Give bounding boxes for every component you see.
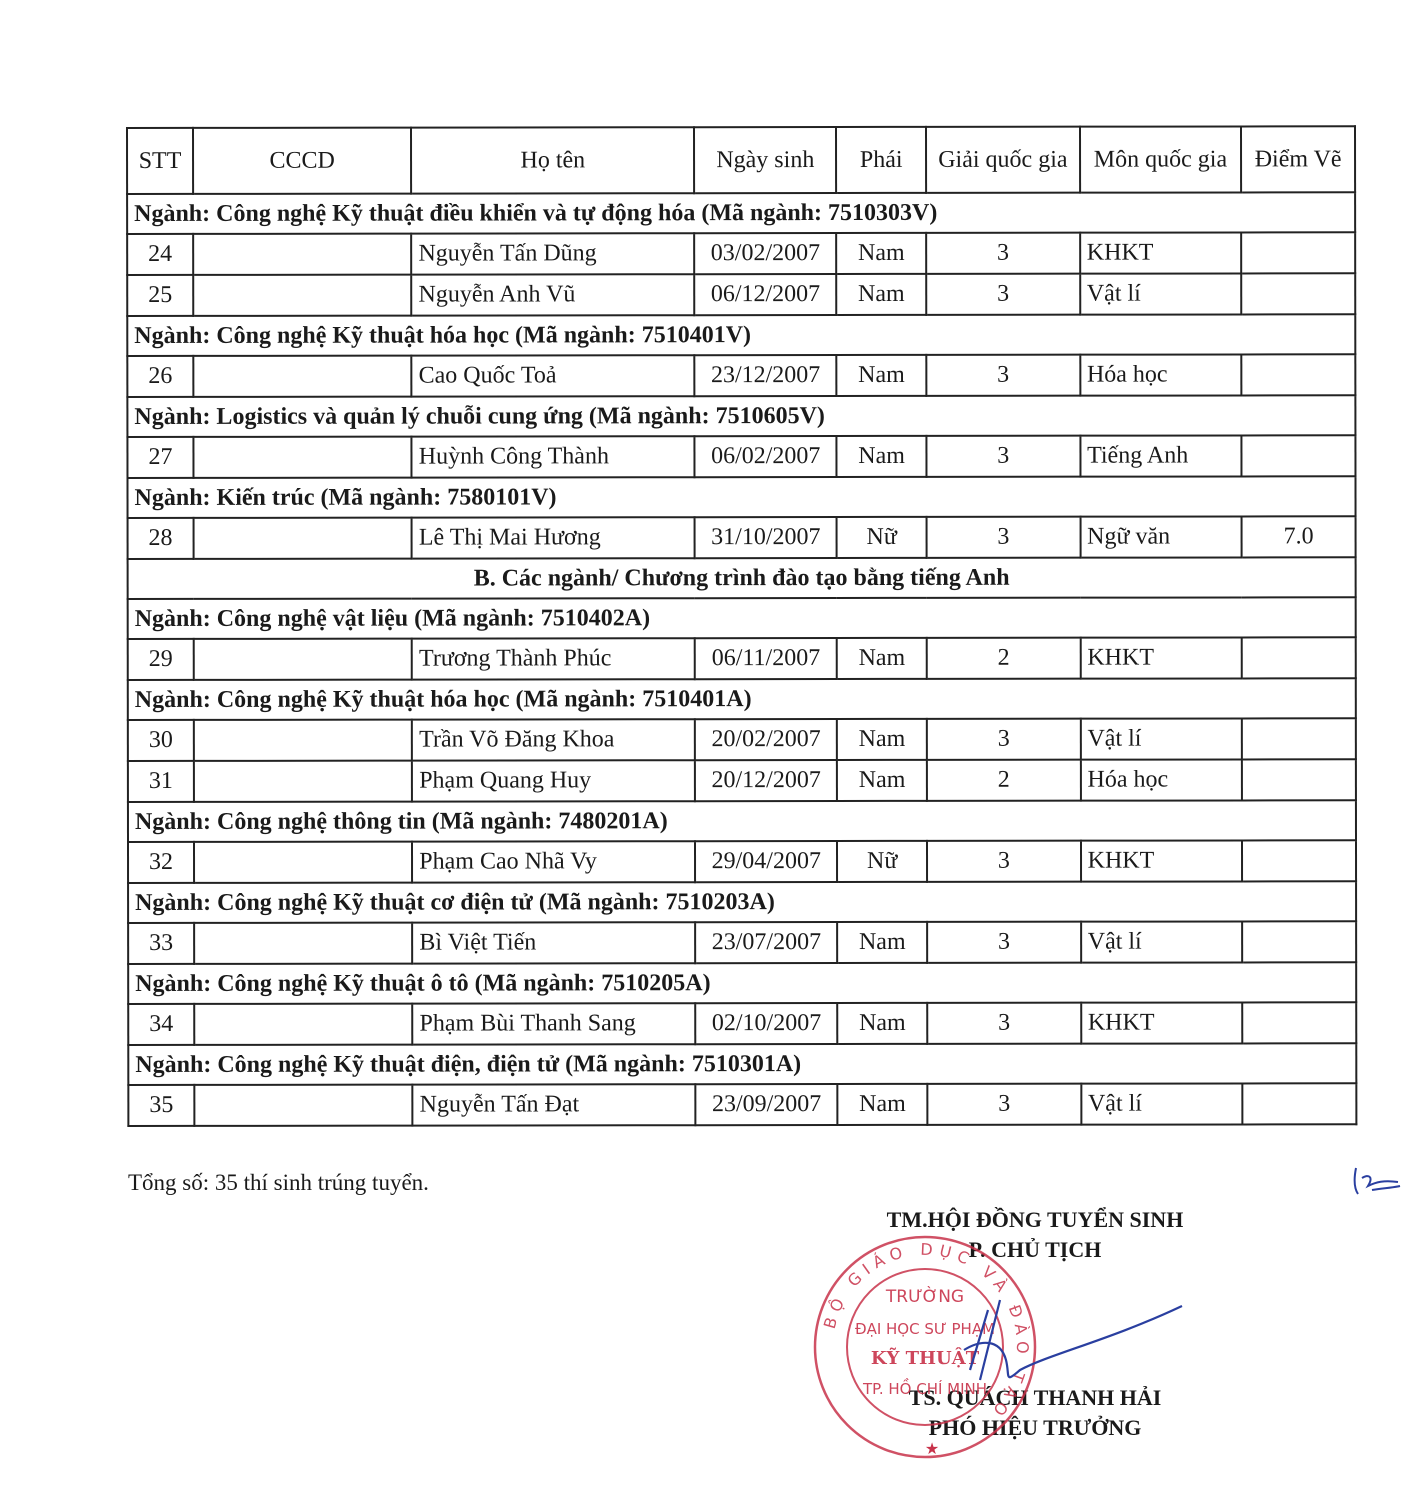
cell-gender: Nam	[836, 274, 926, 315]
cell-name: Phạm Cao Nhã Vy	[412, 841, 695, 882]
cell-dob: 23/12/2007	[695, 355, 837, 396]
svg-text:★: ★	[925, 1441, 939, 1458]
cell-cccd	[193, 234, 411, 275]
cell-drawing	[1241, 232, 1355, 273]
table-row: 31Phạm Quang Huy20/12/2007Nam2Hóa học	[128, 759, 1356, 802]
table-row: 26Cao Quốc Toả23/12/2007Nam3Hóa học	[127, 354, 1355, 397]
cell-gender: Nam	[837, 922, 927, 963]
cell-name: Huỳnh Công Thành	[412, 436, 695, 477]
cell-gender: Nam	[836, 233, 926, 274]
cell-stt: 30	[128, 720, 194, 761]
cell-drawing	[1242, 759, 1356, 800]
major-row: Ngành: Công nghệ Kỹ thuật hóa học (Mã ng…	[128, 678, 1356, 720]
cell-subject: Vật lí	[1080, 718, 1242, 759]
cell-drawing	[1242, 1002, 1356, 1043]
cell-award: 3	[927, 1084, 1081, 1125]
cell-award: 3	[926, 274, 1080, 315]
cell-award: 2	[927, 638, 1081, 679]
table-row: 30Trần Võ Đăng Khoa20/02/2007Nam3Vật lí	[128, 718, 1356, 761]
cell-subject: KHKT	[1080, 637, 1242, 678]
major-row: Ngành: Công nghệ Kỹ thuật hóa học (Mã ng…	[127, 314, 1355, 356]
cell-subject: Vật lí	[1080, 273, 1242, 314]
cell-cccd	[193, 275, 411, 316]
cell-subject: KHKT	[1081, 840, 1243, 881]
cell-stt: 33	[128, 923, 194, 964]
cell-name: Trương Thành Phúc	[412, 638, 695, 679]
cell-cccd	[194, 923, 412, 964]
admission-table: STT CCCD Họ tên Ngày sinh Phái Giải quốc…	[126, 125, 1357, 1127]
cell-name: Nguyễn Tấn Đạt	[413, 1084, 696, 1125]
cell-award: 3	[927, 922, 1081, 963]
cell-award: 3	[927, 841, 1081, 882]
major-title: Ngành: Công nghệ Kỹ thuật hóa học (Mã ng…	[128, 678, 1356, 720]
total-count: Tổng số: 35 thí sinh trúng tuyển.	[128, 1170, 429, 1196]
cell-gender: Nữ	[837, 841, 927, 882]
cell-cccd	[194, 842, 412, 883]
cell-cccd	[194, 1085, 412, 1126]
cell-stt: 28	[128, 518, 194, 559]
cell-award: 3	[927, 1003, 1081, 1044]
cell-cccd	[194, 1004, 412, 1045]
cell-drawing	[1242, 921, 1356, 962]
cell-drawing	[1241, 273, 1355, 314]
document-page: STT CCCD Họ tên Ngày sinh Phái Giải quốc…	[0, 0, 1412, 1500]
cell-name: Nguyễn Anh Vũ	[411, 274, 694, 315]
table-row: 29Trương Thành Phúc06/11/2007Nam2KHKT	[128, 637, 1356, 680]
cell-cccd	[193, 518, 411, 559]
sign-council: TM.HỘI ĐỒNG TUYỂN SINH	[850, 1205, 1220, 1235]
cell-subject: Vật lí	[1081, 921, 1243, 962]
cell-subject: Tiếng Anh	[1080, 435, 1242, 476]
table-row: 34Phạm Bùi Thanh Sang02/10/2007Nam3KHKT	[128, 1002, 1356, 1045]
cell-dob: 31/10/2007	[695, 517, 837, 558]
svg-text:TRƯỜNG: TRƯỜNG	[885, 1285, 964, 1307]
major-row: Ngành: Công nghệ Kỹ thuật điện, điện tử …	[128, 1043, 1356, 1085]
major-title: Ngành: Công nghệ Kỹ thuật ô tô (Mã ngành…	[128, 962, 1356, 1004]
cell-stt: 34	[128, 1004, 194, 1045]
cell-stt: 29	[128, 639, 194, 680]
major-row: Ngành: Công nghệ Kỹ thuật điều khiển và …	[127, 192, 1355, 234]
table-row: 35Nguyễn Tấn Đạt23/09/2007Nam3Vật lí	[128, 1083, 1356, 1126]
cell-gender: Nam	[837, 436, 927, 477]
cell-name: Trần Võ Đăng Khoa	[412, 719, 695, 760]
major-title: Ngành: Công nghệ Kỹ thuật cơ điện tử (Mã…	[128, 881, 1356, 923]
major-row: Ngành: Kiến trúc (Mã ngành: 7580101V)	[127, 476, 1355, 518]
cell-drawing	[1242, 840, 1356, 881]
cell-dob: 20/02/2007	[695, 719, 837, 760]
table-row: 24Nguyễn Tấn Dũng03/02/2007Nam3KHKT	[127, 232, 1355, 275]
cell-cccd	[194, 761, 412, 802]
cell-gender: Nữ	[837, 517, 927, 558]
major-title: Ngành: Công nghệ vật liệu (Mã ngành: 751…	[128, 597, 1356, 639]
cell-award: 2	[927, 760, 1081, 801]
cell-name: Nguyễn Tấn Dũng	[411, 233, 694, 274]
cell-dob: 23/07/2007	[695, 922, 837, 963]
table-body: Ngành: Công nghệ Kỹ thuật điều khiển và …	[127, 192, 1356, 1126]
cell-cccd	[193, 356, 411, 397]
cell-subject: KHKT	[1080, 232, 1242, 273]
major-title: Ngành: Kiến trúc (Mã ngành: 7580101V)	[127, 476, 1355, 518]
cell-award: 3	[926, 436, 1080, 477]
header-stt: STT	[127, 128, 193, 194]
cell-drawing	[1242, 435, 1356, 476]
major-title: Ngành: Công nghệ Kỹ thuật điều khiển và …	[127, 192, 1355, 234]
cell-dob: 03/02/2007	[694, 233, 836, 274]
cell-gender: Nam	[837, 1003, 927, 1044]
cell-award: 3	[926, 355, 1080, 396]
cell-gender: Nam	[837, 638, 927, 679]
cell-dob: 06/12/2007	[695, 274, 837, 315]
cell-dob: 06/11/2007	[695, 638, 837, 679]
section-title: B. Các ngành/ Chương trình đào tạo bằng …	[128, 557, 1356, 599]
cell-subject: Vật lí	[1081, 1083, 1243, 1124]
handwritten-signature-icon	[960, 1280, 1190, 1400]
section-row: B. Các ngành/ Chương trình đào tạo bằng …	[128, 557, 1356, 599]
major-row: Ngành: Công nghệ Kỹ thuật cơ điện tử (Mã…	[128, 881, 1356, 923]
cell-dob: 06/02/2007	[695, 436, 837, 477]
cell-stt: 35	[128, 1085, 194, 1126]
table-row: 32Phạm Cao Nhã Vy29/04/2007Nữ3KHKT	[128, 840, 1356, 883]
cell-stt: 26	[127, 356, 193, 397]
cell-stt: 24	[127, 234, 193, 275]
cell-subject: KHKT	[1081, 1002, 1243, 1043]
header-dob: Ngày sinh	[694, 127, 836, 193]
major-title: Ngành: Công nghệ Kỹ thuật điện, điện tử …	[128, 1043, 1356, 1085]
major-row: Ngành: Công nghệ Kỹ thuật ô tô (Mã ngành…	[128, 962, 1356, 1004]
cell-stt: 27	[127, 437, 193, 478]
table-row: 28Lê Thị Mai Hương31/10/2007Nữ3Ngữ văn7.…	[128, 516, 1356, 559]
major-row: Ngành: Công nghệ thông tin (Mã ngành: 74…	[128, 800, 1356, 842]
cell-cccd	[194, 720, 412, 761]
table-row: 33Bì Việt Tiến23/07/2007Nam3Vật lí	[128, 921, 1356, 964]
cell-dob: 29/04/2007	[695, 841, 837, 882]
header-drawing: Điểm Vẽ	[1241, 126, 1355, 192]
header-cccd: CCCD	[193, 128, 411, 194]
table-header-row: STT CCCD Họ tên Ngày sinh Phái Giải quốc…	[127, 126, 1355, 194]
cell-stt: 32	[128, 842, 194, 883]
cell-stt: 31	[128, 761, 194, 802]
cell-award: 3	[927, 517, 1081, 558]
cell-stt: 25	[127, 275, 193, 316]
cell-dob: 23/09/2007	[696, 1084, 838, 1125]
header-gender: Phái	[836, 127, 926, 193]
cell-subject: Hóa học	[1080, 759, 1242, 800]
initial-signature-icon	[1348, 1160, 1408, 1200]
header-award: Giải quốc gia	[926, 127, 1080, 193]
cell-drawing	[1242, 637, 1356, 678]
cell-award: 3	[927, 719, 1081, 760]
header-name: Họ tên	[411, 127, 694, 193]
cell-gender: Nam	[837, 355, 927, 396]
cell-cccd	[193, 437, 411, 478]
cell-drawing	[1242, 354, 1356, 395]
cell-name: Phạm Bùi Thanh Sang	[412, 1003, 695, 1044]
major-title: Ngành: Công nghệ Kỹ thuật hóa học (Mã ng…	[127, 314, 1355, 356]
major-title: Ngành: Logistics và quản lý chuỗi cung ứ…	[127, 395, 1355, 437]
cell-gender: Nam	[837, 760, 927, 801]
major-row: Ngành: Công nghệ vật liệu (Mã ngành: 751…	[128, 597, 1356, 639]
table-row: 27Huỳnh Công Thành06/02/2007Nam3Tiếng An…	[127, 435, 1355, 478]
cell-subject: Hóa học	[1080, 354, 1242, 395]
cell-drawing	[1242, 718, 1356, 759]
cell-gender: Nam	[837, 719, 927, 760]
cell-subject: Ngữ văn	[1080, 516, 1242, 557]
cell-award: 3	[926, 233, 1080, 274]
cell-drawing: 7.0	[1242, 516, 1356, 557]
table-row: 25Nguyễn Anh Vũ06/12/2007Nam3Vật lí	[127, 273, 1355, 316]
cell-name: Cao Quốc Toả	[412, 355, 695, 396]
header-subject: Môn quốc gia	[1080, 126, 1242, 192]
cell-drawing	[1243, 1083, 1357, 1124]
cell-name: Bì Việt Tiến	[412, 922, 695, 963]
cell-dob: 02/10/2007	[696, 1003, 838, 1044]
major-row: Ngành: Logistics và quản lý chuỗi cung ứ…	[127, 395, 1355, 437]
cell-gender: Nam	[838, 1084, 928, 1125]
cell-name: Phạm Quang Huy	[412, 760, 695, 801]
cell-cccd	[194, 639, 412, 680]
cell-name: Lê Thị Mai Hương	[412, 517, 695, 558]
cell-dob: 20/12/2007	[695, 760, 837, 801]
major-title: Ngành: Công nghệ thông tin (Mã ngành: 74…	[128, 800, 1356, 842]
